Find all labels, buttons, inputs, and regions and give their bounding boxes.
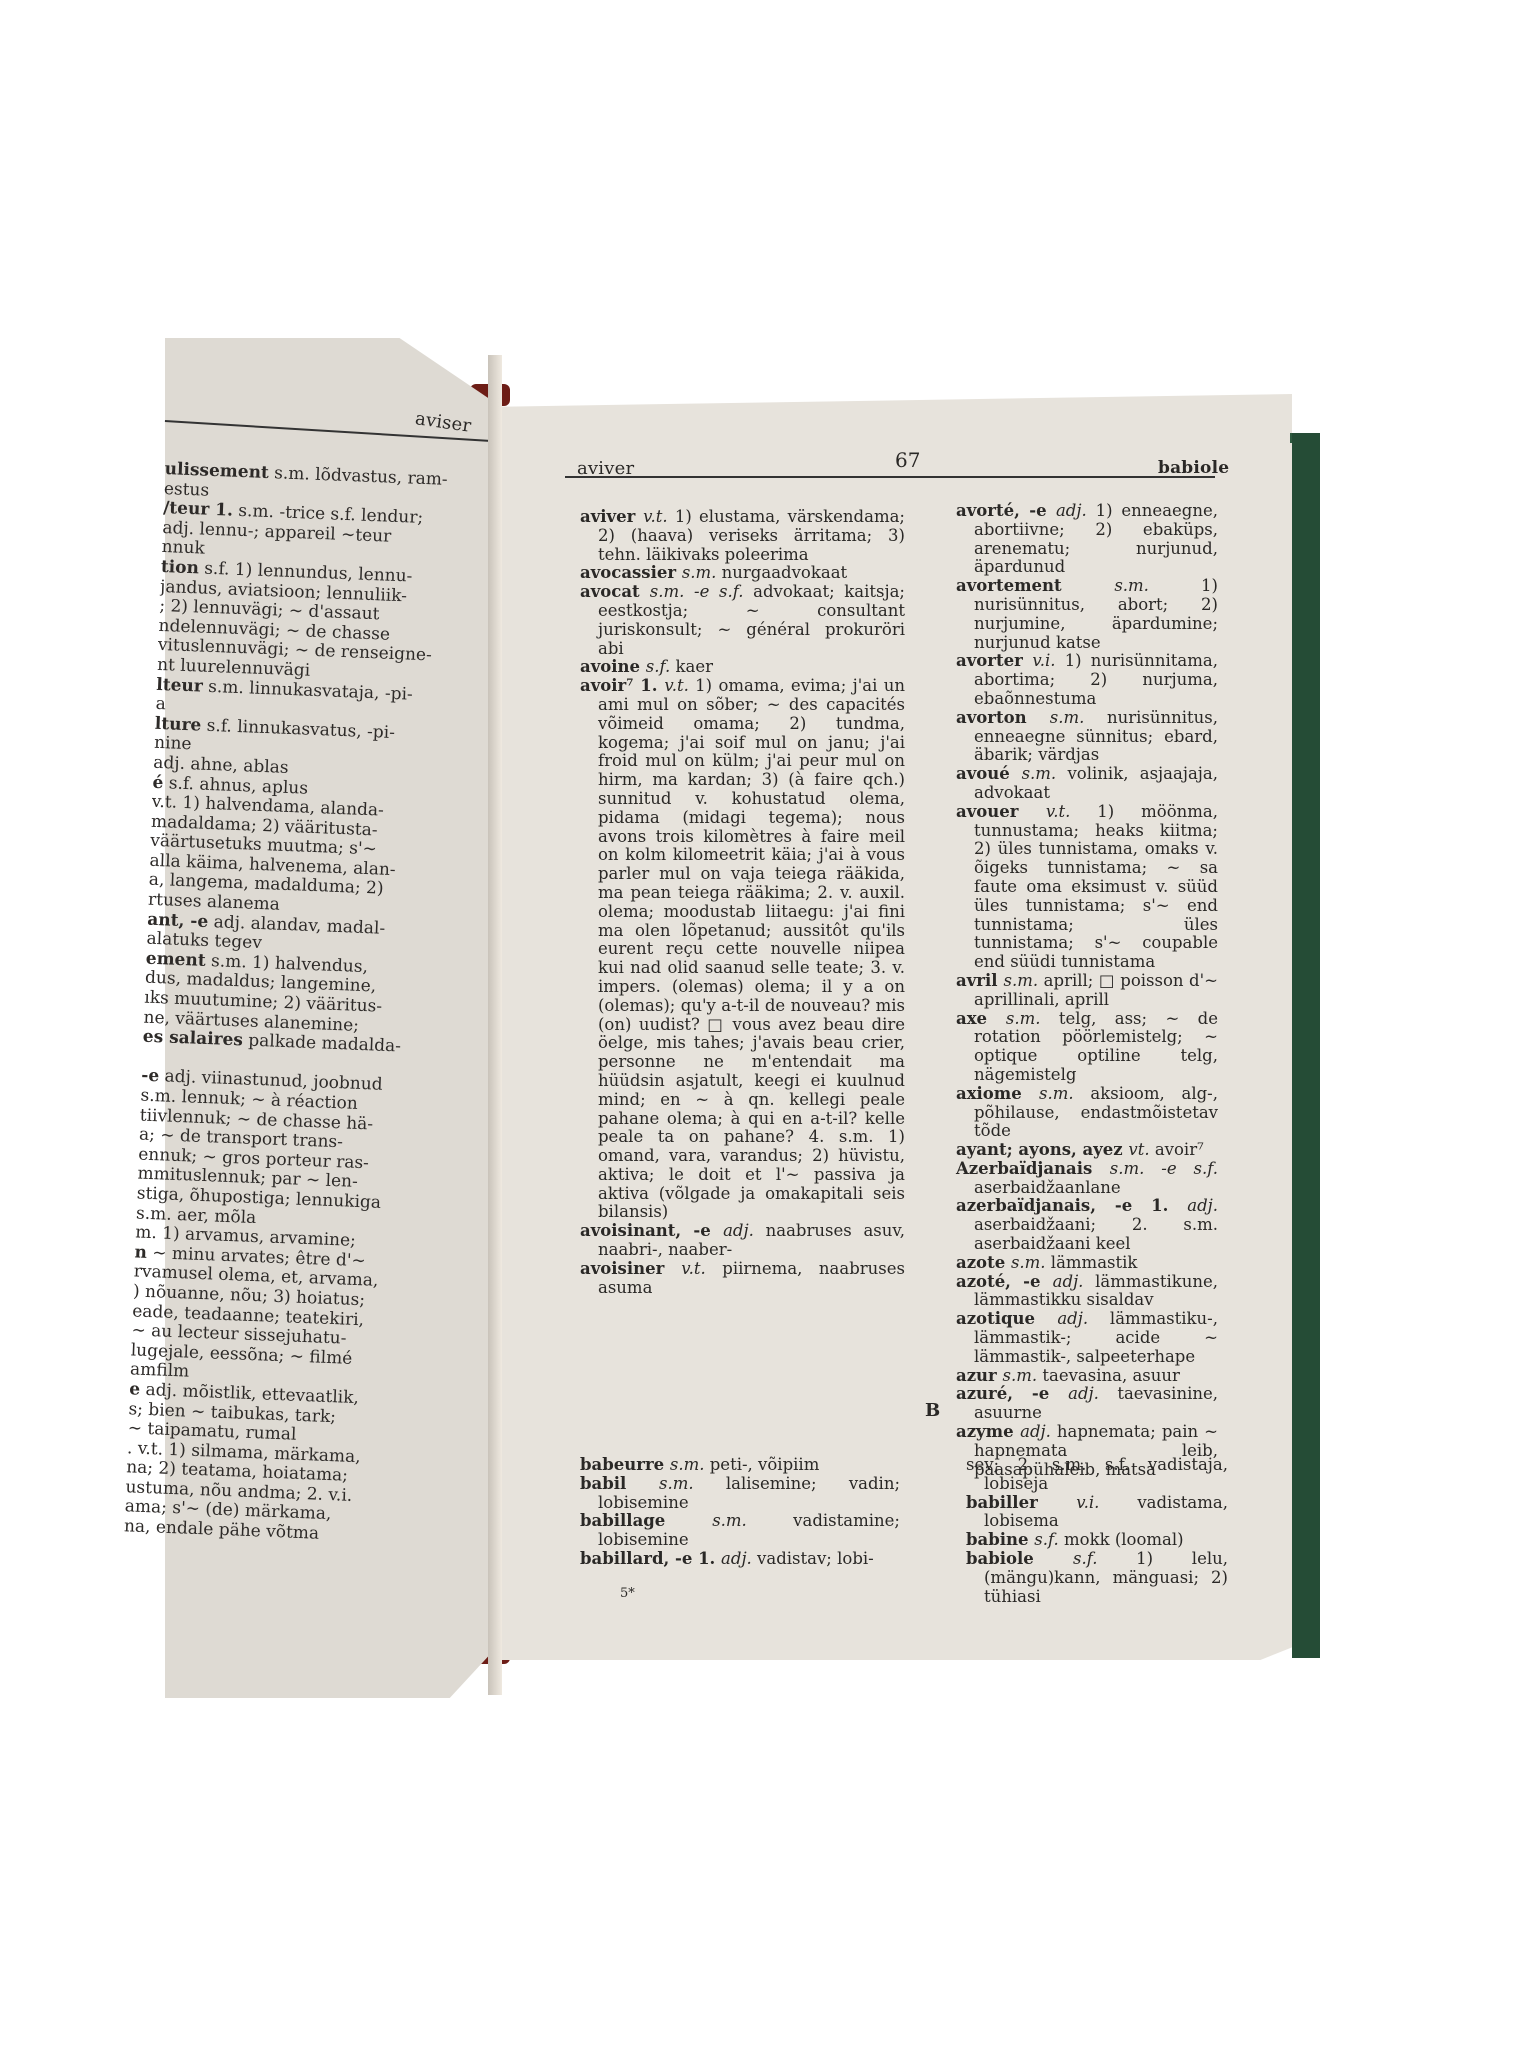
dictionary-entry: avocat s.m. -e s.f. advokaat; kaitsja; e… <box>580 583 905 658</box>
dictionary-entry: babillard, -e 1. adj. vadistav; lobi- <box>580 1550 900 1569</box>
entry-headword-fragment: lteur <box>156 675 203 696</box>
dictionary-entry: babil s.m. lalisemine; vadin; lobisemine <box>580 1475 900 1513</box>
entry-headword: azur <box>956 1366 1003 1385</box>
dictionary-entry: azur s.m. taevasina, asuur <box>956 1367 1218 1386</box>
entry-grammar-label: s.m. -e s.f. <box>650 582 744 601</box>
page-number: 67 <box>895 448 920 472</box>
dictionary-entry: babeurre s.m. peti-, võipiim <box>580 1456 900 1475</box>
entry-headword-fragment: ement <box>145 949 206 970</box>
entry-definition: kaer <box>670 657 713 676</box>
entry-definition: avoir⁷ <box>1150 1140 1204 1159</box>
entry-grammar-label: adj. <box>1068 1384 1099 1403</box>
entry-grammar-label: v.i. <box>1032 651 1055 670</box>
entry-headword: azyme <box>956 1422 1020 1441</box>
entry-headword-fragment: /teur 1. <box>163 499 234 521</box>
column-a-entries: aviver v.t. 1) elustama, värskendama; 2)… <box>580 508 905 1297</box>
entry-headword: avorton <box>956 708 1050 727</box>
entry-text-fragment: estus <box>164 480 210 501</box>
dictionary-entry: azoté, -e adj. lämmastikune, lämmastikku… <box>956 1273 1218 1311</box>
entry-headword: aviver <box>580 507 643 526</box>
entry-grammar-label: adj. <box>1053 1272 1084 1291</box>
entry-headword: avoine <box>580 657 646 676</box>
entry-grammar-label: s.m. -e s.f. <box>1110 1159 1218 1178</box>
entry-grammar-label: s.f. <box>1073 1549 1097 1568</box>
entry-grammar-label: s.m. <box>712 1511 747 1530</box>
entry-headword: babiole <box>966 1549 1073 1568</box>
entry-headword-fragment: ant, -e <box>147 910 209 931</box>
section-letter-heading: B <box>925 1400 940 1421</box>
entry-headword: avouer <box>956 802 1046 821</box>
dictionary-entry: avoir⁷ 1. v.t. 1) omama, evima; j'ai un … <box>580 677 905 1222</box>
entry-grammar-label: s.m. <box>670 1455 705 1474</box>
entry-headword: babeurre <box>580 1455 670 1474</box>
dictionary-entry: avocassier s.m. nurgaadvokaat <box>580 564 905 583</box>
entry-grammar-label: v.t. <box>1046 802 1070 821</box>
open-dictionary-book: aviser ulissement s.m. lõdvastus, ram-es… <box>0 0 1536 2048</box>
dictionary-entry: avoisiner v.t. piirnema, naabruses asuma <box>580 1260 905 1298</box>
dictionary-entry: avouer v.t. 1) möönma, tunnustama; heaks… <box>956 803 1218 972</box>
entry-text-fragment: amfilm <box>130 1361 190 1382</box>
dictionary-entry: avoisinant, -e adj. naabruses asuv, naab… <box>580 1222 905 1260</box>
entry-headword: azotique <box>956 1309 1057 1328</box>
entry-headword: azote <box>956 1253 1011 1272</box>
entry-grammar-label: s.m. <box>1022 764 1057 783</box>
entry-definition: nurgaadvokaat <box>716 563 847 582</box>
dictionary-entry: sev; 2. s.m. s.f. vadistaja, lobiseja <box>966 1456 1228 1494</box>
entry-grammar-label: s.m. <box>1006 1009 1041 1028</box>
entry-headword-fragment: é <box>152 773 164 792</box>
entry-grammar-label: v.t. <box>664 676 688 695</box>
entry-grammar-label: s.m. <box>1004 971 1039 990</box>
entry-grammar-label: s.m. <box>1003 1366 1038 1385</box>
right-running-head-right: babiole <box>1158 458 1229 478</box>
entry-headword-fragment: lture <box>154 715 201 736</box>
dictionary-entry: babiole s.f. 1) lelu, (mängu)kann, mängu… <box>966 1550 1228 1606</box>
entry-headword: avoué <box>956 764 1022 783</box>
dictionary-entry: avorté, -e adj. 1) enneaegne, abortiivne… <box>956 502 1218 577</box>
entry-definition: aserbaidžaani; 2. s.m. aserbaidžaani kee… <box>974 1215 1218 1253</box>
entry-headword: axiome <box>956 1084 1039 1103</box>
entry-headword: ayant; ayons, ayez <box>956 1140 1128 1159</box>
entry-text-fragment <box>142 1047 148 1066</box>
right-header-rule <box>565 476 1215 478</box>
entry-grammar-label: s.m. <box>1039 1084 1074 1103</box>
entry-headword: avortement <box>956 576 1114 595</box>
entry-grammar-label: s.m. <box>1050 708 1085 727</box>
entry-headword: babillage <box>580 1511 712 1530</box>
entry-grammar-label: adj. <box>1020 1422 1051 1441</box>
dictionary-entry: avortement s.m. 1) nurisünnitus, abort; … <box>956 577 1218 652</box>
entry-headword: avocassier <box>580 563 682 582</box>
entry-headword: azoté, -e <box>956 1272 1053 1291</box>
entry-grammar-label: adj. <box>723 1221 754 1240</box>
dictionary-entry: avorton s.m. nurisünnitus, enneaegne sün… <box>956 709 1218 765</box>
entry-headword: avoir⁷ 1. <box>580 676 664 695</box>
dictionary-entry: azuré, -e adj. taevasinine, asuurne <box>956 1385 1218 1423</box>
dictionary-entry: Azerbaïdjanais s.m. -e s.f. aserbaidžaan… <box>956 1160 1218 1198</box>
entry-definition: aserbaidžaanlane <box>974 1178 1121 1197</box>
entry-headword: babillard, -e 1. <box>580 1549 721 1568</box>
entry-grammar-label: adj. <box>1187 1196 1218 1215</box>
column-d-entries: sev; 2. s.m. s.f. vadistaja, lobisejabab… <box>966 1456 1228 1606</box>
dictionary-entry: azote s.m. lämmastik <box>956 1254 1218 1273</box>
entry-headword: axe <box>956 1009 1006 1028</box>
entry-headword: avril <box>956 971 1004 990</box>
entry-headword: avoisiner <box>580 1259 681 1278</box>
entry-headword: babine <box>966 1530 1034 1549</box>
entry-definition: sev; 2. s.m. s.f. vadistaja, lobiseja <box>966 1455 1228 1493</box>
entry-grammar-label: s.m. <box>1114 576 1149 595</box>
dictionary-entry: babillage s.m. vadistamine; lobisemine <box>580 1512 900 1550</box>
entry-definition: taevasina, asuur <box>1037 1366 1180 1385</box>
entry-definition: vadistav; lobi- <box>752 1549 874 1568</box>
entry-headword: avocat <box>580 582 650 601</box>
dictionary-entry: avoine s.f. kaer <box>580 658 905 677</box>
entry-grammar-label: v.i. <box>1076 1493 1099 1512</box>
dictionary-entry: aviver v.t. 1) elustama, värskendama; 2)… <box>580 508 905 564</box>
entry-grammar-label: adj. <box>721 1549 752 1568</box>
entry-grammar-label: s.m. <box>659 1474 694 1493</box>
entry-definition: mokk (loomal) <box>1059 1530 1184 1549</box>
dictionary-entry: axiome s.m. aksioom, alg-, põhilause, en… <box>956 1085 1218 1141</box>
entry-text-fragment: a <box>155 695 166 714</box>
book-cover-green <box>1292 433 1320 1658</box>
entry-grammar-label: adj. <box>1056 501 1087 520</box>
dictionary-entry: babiller v.i. vadistama, lobisema <box>966 1494 1228 1532</box>
entry-headword: Azerbaïdjanais <box>956 1159 1110 1178</box>
dictionary-entry: avril s.m. aprill; □ poisson d'~ aprilli… <box>956 972 1218 1010</box>
entry-headword: azuré, -e <box>956 1384 1068 1403</box>
dictionary-entry: azerbaïdjanais, -e 1. adj. aserbaidžaani… <box>956 1197 1218 1253</box>
entry-headword-fragment: e <box>129 1380 141 1399</box>
entry-grammar-label: s.f. <box>1034 1530 1058 1549</box>
entry-grammar-label: s.f. <box>646 657 670 676</box>
entry-grammar-label: v.t. <box>643 507 667 526</box>
column-c-entries: babeurre s.m. peti-, võipiimbabil s.m. l… <box>580 1456 900 1569</box>
entry-headword-fragment: es salaires <box>142 1028 243 1051</box>
entry-definition: lämmastik <box>1046 1253 1138 1272</box>
entry-text-fragment: nine <box>154 734 192 754</box>
entry-definition: peti-, võipiim <box>705 1455 820 1474</box>
entry-headword-fragment: tion <box>161 558 200 578</box>
entry-grammar-label: s.m. <box>682 563 717 582</box>
entry-headword: avorter <box>956 651 1032 670</box>
column-b-entries: avorté, -e adj. 1) enneaegne, abortiivne… <box>956 502 1218 1479</box>
entry-headword-fragment: -e <box>141 1067 160 1087</box>
entry-headword: avoisinant, -e <box>580 1221 723 1240</box>
left-page-text: ulissement s.m. lõdvastus, ram-estus/teu… <box>124 460 485 1549</box>
dictionary-entry: babine s.f. mokk (loomal) <box>966 1531 1228 1550</box>
dictionary-entry: azotique adj. lämmastiku-, lämmastik-; a… <box>956 1310 1218 1366</box>
entry-grammar-label: s.m. <box>1011 1253 1046 1272</box>
entry-definition: 1) omama, evima; j'ai un ami mul on sõbe… <box>598 676 905 1221</box>
entry-text-fragment: nnuk <box>161 538 205 559</box>
dictionary-entry: axe s.m. telg, ass; ~ de rotation pöörle… <box>956 1010 1218 1085</box>
entry-headword: avorté, -e <box>956 501 1056 520</box>
entry-grammar-label: v.t. <box>681 1259 705 1278</box>
entry-headword: azerbaïdjanais, -e 1. <box>956 1196 1187 1215</box>
signature-mark: 5* <box>620 1586 635 1601</box>
entry-definition: 1) möönma, tunnustama; heaks kiitma; 2) … <box>974 802 1218 971</box>
entry-grammar-label: adj. <box>1057 1309 1088 1328</box>
entry-grammar-label: vt. <box>1128 1140 1149 1159</box>
book-gutter <box>488 355 502 1695</box>
dictionary-entry: ayant; ayons, ayez vt. avoir⁷ <box>956 1141 1218 1160</box>
dictionary-entry: avorter v.i. 1) nurisünnitama, abortima;… <box>956 652 1218 708</box>
entry-headword: babiller <box>966 1493 1076 1512</box>
dictionary-entry: avoué s.m. volinik, asjaajaja, advokaat <box>956 765 1218 803</box>
entry-headword: babil <box>580 1474 659 1493</box>
